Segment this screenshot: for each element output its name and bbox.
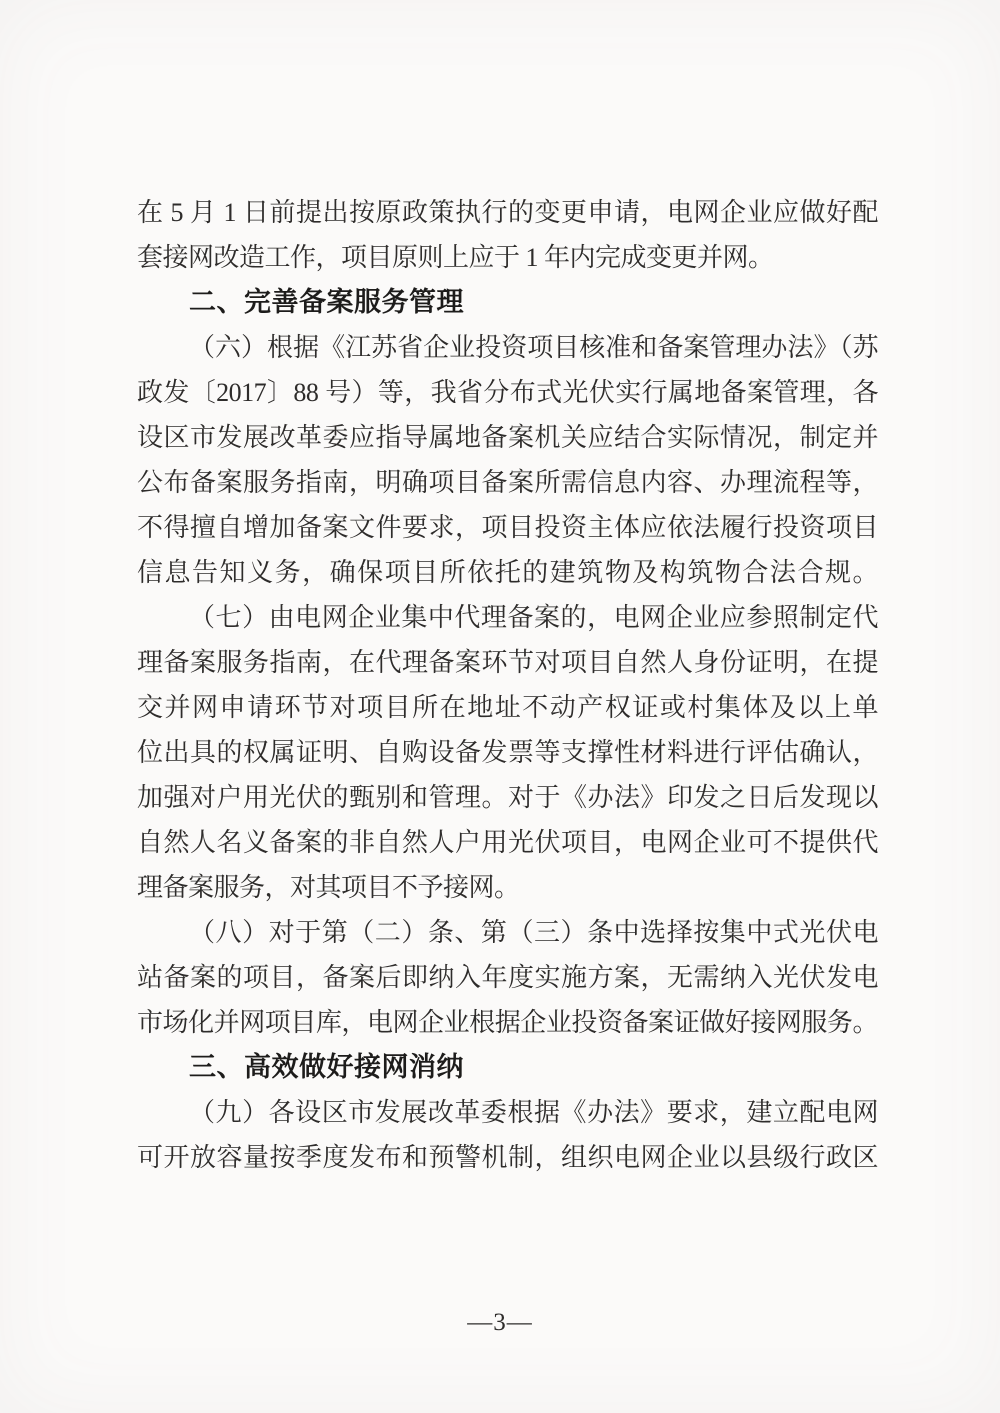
- text-line: 自然人名义备案的非自然人户用光伏项目，电网企业可不提供代: [137, 820, 878, 865]
- text-line: 理备案服务，对其项目不予接网。: [137, 865, 878, 910]
- text-line: 政发〔2017〕88 号）等，我省分布式光伏实行属地备案管理，各: [137, 370, 878, 415]
- paragraph-nine: （九）各设区市发展改革委根据《办法》要求，建立配电网 可开放容量按季度发布和预警…: [137, 1090, 878, 1180]
- text-line: 设区市发展改革委应指导属地备案机关应结合实际情况，制定并: [137, 415, 878, 460]
- text-line: 不得擅自增加备案文件要求，项目投资主体应依法履行投资项目: [137, 505, 878, 550]
- text-line: 加强对户用光伏的甄别和管理。对于《办法》印发之日后发现以: [137, 775, 878, 820]
- text-line: 交并网申请环节对项目所在地址不动产权证或村集体及以上单: [137, 685, 878, 730]
- document-page: 在 5 月 1 日前提出按原政策执行的变更申请，电网企业应做好配 套接网改造工作…: [0, 0, 1000, 1413]
- text-line: （八）对于第（二）条、第（三）条中选择按集中式光伏电: [137, 910, 878, 955]
- text-line: 市场化并网项目库，电网企业根据企业投资备案证做好接网服务。: [137, 1000, 878, 1045]
- document-body: 在 5 月 1 日前提出按原政策执行的变更申请，电网企业应做好配 套接网改造工作…: [137, 190, 878, 1180]
- paragraph-seven: （七）由电网企业集中代理备案的，电网企业应参照制定代 理备案服务指南，在代理备案…: [137, 595, 878, 910]
- text-line: 位出具的权属证明、自购设备发票等支撑性材料进行评估确认，: [137, 730, 878, 775]
- text-line: 在 5 月 1 日前提出按原政策执行的变更申请，电网企业应做好配: [137, 190, 878, 235]
- text-line: （七）由电网企业集中代理备案的，电网企业应参照制定代: [137, 595, 878, 640]
- page-number: —3—: [0, 1300, 1000, 1345]
- text-line: （九）各设区市发展改革委根据《办法》要求，建立配电网: [137, 1090, 878, 1135]
- text-line: 信息告知义务，确保项目所依托的建筑物及构筑物合法合规。: [137, 550, 878, 595]
- text-line: （六）根据《江苏省企业投资项目核准和备案管理办法》（苏: [137, 325, 878, 370]
- section-heading-two: 二、完善备案服务管理: [137, 280, 878, 325]
- text-line: 理备案服务指南，在代理备案环节对项目自然人身份证明，在提: [137, 640, 878, 685]
- section-heading-three: 三、高效做好接网消纳: [137, 1045, 878, 1090]
- paragraph-six: （六）根据《江苏省企业投资项目核准和备案管理办法》（苏 政发〔2017〕88 号…: [137, 325, 878, 595]
- paragraph-eight: （八）对于第（二）条、第（三）条中选择按集中式光伏电 站备案的项目，备案后即纳入…: [137, 910, 878, 1045]
- paragraph-intro: 在 5 月 1 日前提出按原政策执行的变更申请，电网企业应做好配 套接网改造工作…: [137, 190, 878, 280]
- text-line: 公布备案服务指南，明确项目备案所需信息内容、办理流程等，: [137, 460, 878, 505]
- text-line: 站备案的项目，备案后即纳入年度实施方案，无需纳入光伏发电: [137, 955, 878, 1000]
- text-line: 可开放容量按季度发布和预警机制，组织电网企业以县级行政区: [137, 1135, 878, 1180]
- text-line: 套接网改造工作，项目原则上应于 1 年内完成变更并网。: [137, 235, 878, 280]
